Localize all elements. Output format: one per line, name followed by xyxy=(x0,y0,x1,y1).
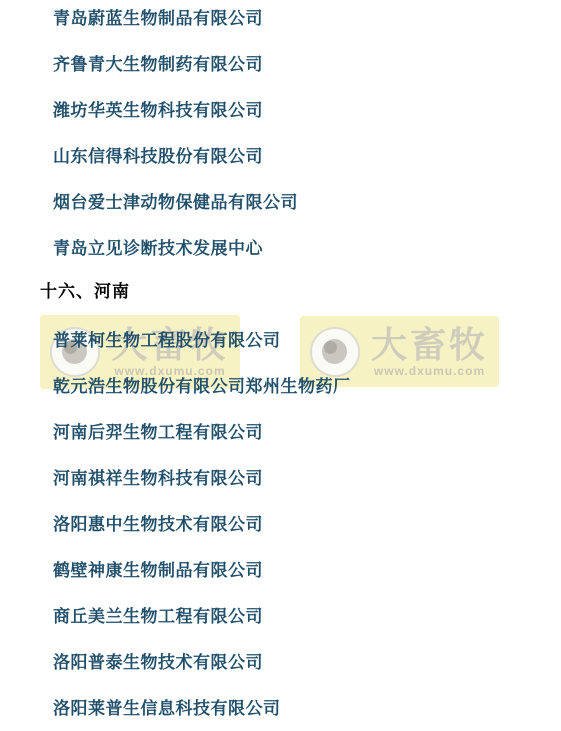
watermark-brand-text: 大畜牧 xyxy=(371,326,488,364)
company-name: 普莱柯生物工程股份有限公司 xyxy=(53,331,281,351)
company-name: 河南祺祥生物科技有限公司 xyxy=(53,469,263,489)
eye-iris xyxy=(322,339,347,364)
company-name: 洛阳普泰生物技术有限公司 xyxy=(53,653,263,673)
watermark-text-block: 大畜牧 www.dxumu.com xyxy=(368,326,491,378)
company-name: 洛阳莱普生信息科技有限公司 xyxy=(53,699,281,719)
document-page: 大畜牧 www.dxumu.com 大畜牧 www.dxumu.com 青岛蔚蓝… xyxy=(0,0,561,731)
company-name: 洛阳惠中生物技术有限公司 xyxy=(53,515,263,535)
eye-logo-icon xyxy=(310,327,360,377)
company-name: 青岛蔚蓝生物制品有限公司 xyxy=(53,9,263,29)
company-name: 鹤壁神康生物制品有限公司 xyxy=(53,561,263,581)
section-header: 十六、河南 xyxy=(40,282,130,302)
watermark-url-text: www.dxumu.com xyxy=(374,365,485,378)
company-name: 齐鲁青大生物制药有限公司 xyxy=(53,55,263,75)
company-name: 乾元浩生物股份有限公司郑州生物药厂 xyxy=(53,377,351,397)
company-name: 烟台爱士津动物保健品有限公司 xyxy=(53,193,298,213)
company-name: 商丘美兰生物工程有限公司 xyxy=(53,607,263,627)
company-name: 山东信得科技股份有限公司 xyxy=(53,147,263,167)
eye-pupil xyxy=(324,341,337,354)
company-name: 河南后羿生物工程有限公司 xyxy=(53,423,263,443)
company-name: 潍坊华英生物科技有限公司 xyxy=(53,101,263,121)
company-name: 青岛立见诊断技术发展中心 xyxy=(53,239,263,259)
